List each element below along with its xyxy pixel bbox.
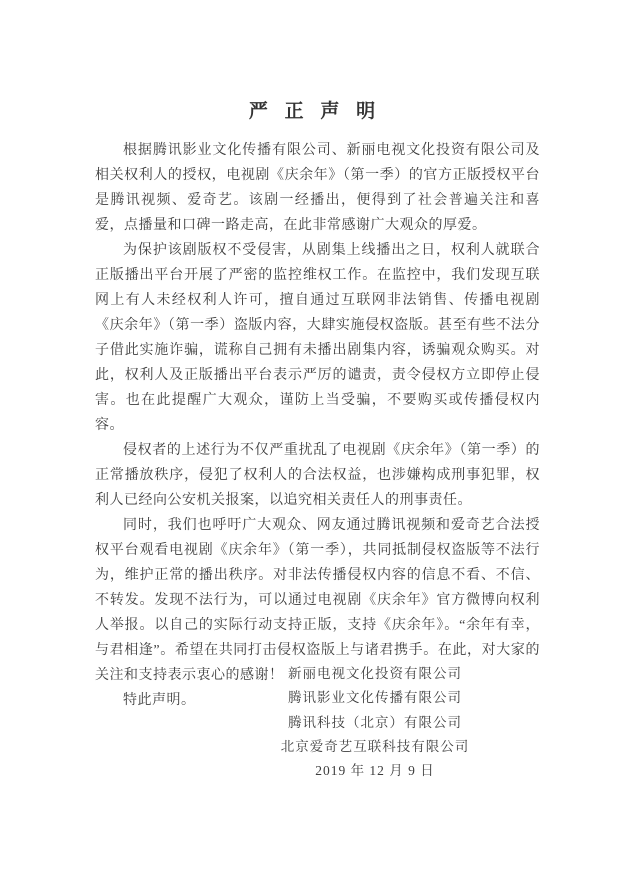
statement-paragraph: 侵权者的上述行为不仅严重扰乱了电视剧《庆余年》（第一季）的正常播放秩序，侵犯了权… xyxy=(95,438,540,513)
signatory-line: 北京爱奇艺互联科技有限公司 xyxy=(279,735,471,759)
statement-date: 2019 年 12 月 9 日 xyxy=(279,759,471,783)
signatory-line: 腾讯影业文化传播有限公司 xyxy=(279,686,471,710)
statement-paragraph: 为保护该剧版权不受侵害，从剧集上线播出之日，权利人就联合正版播出平台开展了严密的… xyxy=(95,238,540,438)
signatory-line: 新丽电视文化投资有限公司 xyxy=(279,662,471,686)
signature-block: 新丽电视文化投资有限公司 腾讯影业文化传播有限公司 腾讯科技（北京）有限公司 北… xyxy=(279,662,471,783)
statement-title: 严 正 声 明 xyxy=(0,96,630,123)
signatory-line: 腾讯科技（北京）有限公司 xyxy=(279,711,471,735)
statement-paragraph: 根据腾讯影业文化传播有限公司、新丽电视文化投资有限公司及相关权利人的授权，电视剧… xyxy=(95,138,540,238)
statement-body: 根据腾讯影业文化传播有限公司、新丽电视文化投资有限公司及相关权利人的授权，电视剧… xyxy=(95,138,540,713)
statement-document-page: 严 正 声 明 根据腾讯影业文化传播有限公司、新丽电视文化投资有限公司及相关权利… xyxy=(0,0,630,890)
